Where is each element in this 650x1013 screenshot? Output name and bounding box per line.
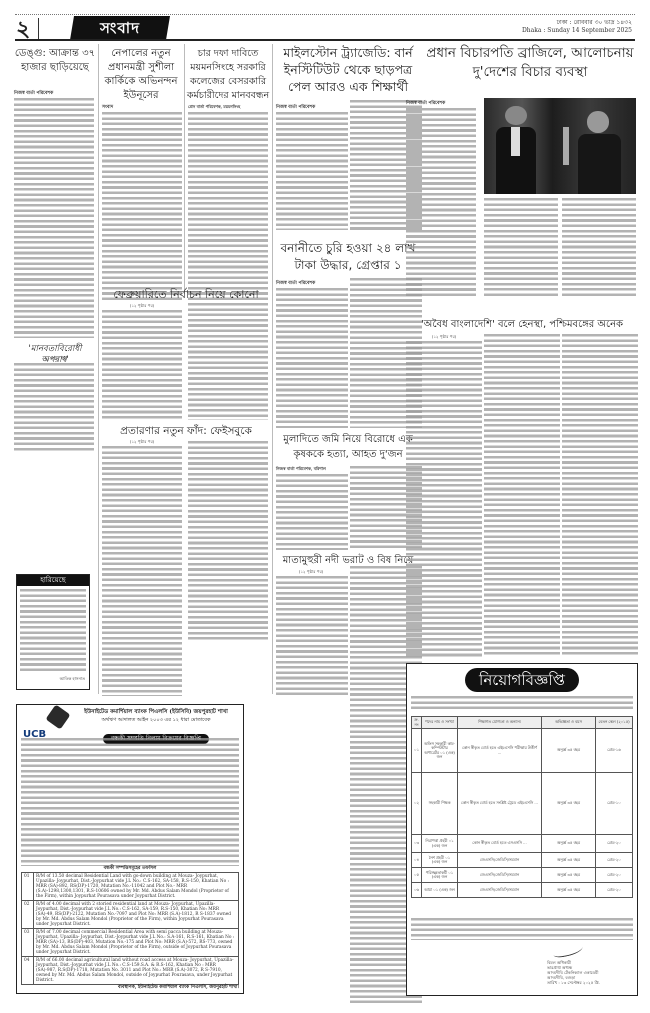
article-body-dengue: [14, 98, 94, 338]
cell-no: ০১: [412, 729, 422, 773]
cell-age: অনূর্ধ্ব ৩৫ বছর: [542, 853, 596, 868]
property-no: 02: [22, 901, 34, 929]
ucb-property-table: 01R/M of 13.50 decimal Residential Land …: [21, 872, 239, 985]
job-notice-signature: বিমল অধিকারী ভারপ্রাপ্ত অধ্যক্ষ আদমদীঘি …: [547, 960, 600, 985]
article-body-chief-justice-2: [484, 198, 558, 298]
job-notice-title-wrap: নিয়োগবিজ্ঞপ্তি: [407, 668, 637, 692]
ucb-auction-notice: UCB ইউনাইটেড কমার্শিয়াল ব্যাংক পিএলসি (…: [16, 704, 244, 994]
date-english: Dhaka : Sunday 14 September 2025: [522, 27, 632, 35]
job-table: ক্র. নং পদের নাম ও সংখ্যা শিক্ষাগত যোগ্য…: [411, 716, 633, 898]
col-post: পদের নাম ও সংখ্যা: [422, 717, 458, 729]
ucb-notice-body: [21, 738, 239, 866]
col-pay-scale: বেতন স্কেল (২০১৫): [596, 717, 633, 729]
continued-matamuhuri: (১২ পৃষ্ঠার পর): [272, 569, 350, 576]
property-no: 04: [22, 957, 34, 985]
lost-notice-title: হারিয়েছে: [17, 575, 89, 586]
page-number-divider: [38, 18, 39, 40]
cell-age: অনূর্ধ্ব ৩৫ বছর: [542, 773, 596, 835]
article-body-banani-1: [276, 288, 348, 428]
property-desc: R/M of 7.00 decimal commercial Residenti…: [34, 929, 239, 957]
masthead-logo: সংবাদ: [70, 16, 170, 40]
job-notice-box: নিয়োগবিজ্ঞপ্তি ক্র. নং পদের নাম ও সংখ্য…: [406, 663, 638, 996]
column-divider: [272, 44, 273, 694]
article-body-muladi-1: [276, 474, 348, 550]
header-dotted-line: [15, 14, 635, 15]
continued-human-rights: (১২ পৃষ্ঠার পর): [14, 356, 96, 363]
cell-post: পরিচ্ছন্নতাকর্মী ০১ (এক) জন: [422, 868, 458, 883]
property-no: 03: [22, 929, 34, 957]
property-desc: R/M of 13.50 decimal Residential Land wi…: [34, 873, 239, 901]
ucb-notice-title: ইউনাইটেড কমার্শিয়াল ব্যাংক পিএলসি (ইউসি…: [71, 709, 241, 717]
job-table-header: ক্র. নং পদের নাম ও সংখ্যা শিক্ষাগত যোগ্য…: [412, 717, 633, 729]
cell-no: ০২: [412, 773, 422, 835]
lost-notice-box: হারিয়েছে আতিক হাসনাত: [16, 574, 90, 690]
article-body-west-bengal-3: [562, 334, 638, 657]
cell-post: আয়া ০১ (এক) জন: [422, 883, 458, 898]
cell-no: ০৫: [412, 868, 422, 883]
article-body-milestone-1: [276, 112, 348, 230]
column-divider: [184, 44, 185, 294]
article-body-february-1: [102, 310, 182, 420]
continued-west-bengal: (১২ পৃষ্ঠার পর): [406, 334, 482, 341]
signer-date: তারিখ : ১৩ সেপ্টেম্বর ২০২৫ খ্রি.: [547, 980, 600, 985]
byline-dengue: নিজস্ব বার্তা পরিবেশক: [14, 90, 53, 97]
ucb-schedule-title: বন্ধকী সম্পত্তিসমূহের তফসিল: [21, 865, 239, 872]
continued-february: (১২ পৃষ্ঠার পর): [100, 303, 184, 310]
cell-post: নৈশ প্রহরী ০১ (এক) জন: [422, 853, 458, 868]
cell-age: অনূর্ধ্ব ৩৫ বছর: [542, 883, 596, 898]
ucb-logo-mark-icon: [45, 704, 70, 729]
article-body-facebook-2: [188, 441, 268, 641]
signature-icon: [552, 943, 583, 959]
headline-banani: বনানীতে চুরি হওয়া ২৪ লাখ টাকা উদ্ধার, গ…: [272, 240, 424, 274]
table-row: ০১অফিস সহকারী কাম-কম্পিউটার অপারেটর ০১ (…: [412, 729, 633, 773]
cell-post: অফিস সহকারী কাম-কম্পিউটার অপারেটর ০১ (এক…: [422, 729, 458, 773]
table-row: ০৫পরিচ্ছন্নতাকর্মী ০১ (এক) জনজেএসসি/জেডি…: [412, 868, 633, 883]
dateline: ঢাকা : রোববার ৩০ ভাদ্র ১৪৩২ Dhaka : Sund…: [522, 19, 632, 35]
headline-milestone: মাইলস্টোন ট্র্যাজেডি: বার্ন ইনস্টিটিউট থ…: [246, 44, 424, 95]
page-number: ২: [16, 18, 30, 40]
headline-nepal: নেপালের নতুন প্রধানমন্ত্রী সুশীলা কার্কি…: [100, 47, 182, 103]
col-qualification: শিক্ষাগত যোগ্যতা ও অন্যান্য: [458, 717, 542, 729]
byline-chief-justice: নিজস্ব বার্তা পরিবেশক: [406, 100, 445, 107]
article-body-chief-justice-3: [562, 198, 636, 298]
byline-banani: নিজস্ব বার্তা পরিবেশক: [276, 280, 315, 287]
cell-age: অনূর্ধ্ব ৩৫ বছর: [542, 835, 596, 853]
ucb-notice-footer: ব্যবস্থাপক, ইউনাইটেড কমার্শিয়াল ব্যাংক …: [118, 984, 239, 991]
cell-no: ০৩: [412, 835, 422, 853]
headline-muladi: মুলাদিতে জমি নিয়ে বিরোধে এক কৃষককে হত্য…: [272, 432, 424, 462]
cell-scale: গ্রেড-২০: [596, 835, 633, 853]
table-row: ০২সহকারী শিক্ষককোন স্বীকৃত বোর্ড হতে সংশ…: [412, 773, 633, 835]
headline-february-election: ফেব্রুয়ারিতে নির্বাচন নিয়ে কোনো: [100, 288, 272, 302]
headline-facebook-scam: প্রতারণার নতুন ফাঁদ: ফেইসবুকে: [100, 424, 272, 438]
cell-scale: গ্রেড-১০: [596, 773, 633, 835]
cell-age: অনূর্ধ্ব ৩৫ বছর: [542, 729, 596, 773]
headline-milestone-text: মাইলস্টোন ট্র্যাজেডি: বার্ন ইনস্টিটিউট থ…: [246, 44, 422, 95]
cell-no: ০৪: [412, 853, 422, 868]
continued-facebook: (১২ পৃষ্ঠার পর): [100, 439, 184, 446]
property-no: 01: [22, 873, 34, 901]
table-row: 01R/M of 13.50 decimal Residential Land …: [22, 873, 239, 901]
news-photo-chief-justice: [484, 98, 636, 194]
job-notice-intro: [411, 696, 633, 712]
table-row: 03R/M of 7.00 decimal commercial Residen…: [22, 929, 239, 957]
cell-qual: জেএসসি/জেডিসি/সমমান: [458, 868, 542, 883]
byline-mymensingh: প্রেস বার্তা পরিবেশক, ময়মনসিংহ: [188, 104, 240, 111]
col-experience-age: অভিজ্ঞতা ও বয়স: [542, 717, 596, 729]
article-body-nepal: [102, 112, 182, 302]
headline-west-bengal: 'অবৈধ বাংলাদেশি' বলে হেনস্থা, পশ্চিমবঙ্গ…: [406, 318, 638, 332]
byline-milestone: নিজস্ব বার্তা পরিবেশক: [276, 104, 315, 111]
article-body-chief-justice-1: [406, 108, 476, 298]
article-body-facebook-1: [102, 446, 182, 696]
column-divider: [98, 44, 99, 694]
cell-qual: কোন স্বীকৃত বোর্ড হতে সংশ্লিষ্ট ট্রেডে এ…: [458, 773, 542, 835]
cell-scale: গ্রেড-২০: [596, 868, 633, 883]
col-serial: ক্র. নং: [412, 717, 422, 729]
lost-notice-body: [20, 589, 86, 673]
headline-dengue: ডেঙ্গু: আক্রান্ত ৩৭ হাজার ছাড়িয়েছে: [14, 47, 96, 75]
article-body-matamuhuri-1: [276, 576, 348, 696]
ucb-notice-subtitle: অর্থঋণ আদালত আইন ২০০৩ এর ১২ ধারা মোতাবেক: [71, 717, 241, 725]
cell-scale: গ্রেড-১৬: [596, 729, 633, 773]
cell-qual: জেএসসি/জেডিসি/সমমান: [458, 883, 542, 898]
headline-chief-justice: প্রধান বিচারপতি ব্রাজিলে, আলোচনায় দু'দে…: [424, 44, 636, 82]
byline-nepal: সংবাদ: [102, 104, 113, 111]
table-row: ০৬আয়া ০১ (এক) জনজেএসসি/জেডিসি/সমমানঅনূর…: [412, 883, 633, 898]
article-body-west-bengal-1: [406, 341, 482, 657]
article-body-west-bengal-2: [484, 334, 560, 657]
article-body-february-2: [188, 303, 268, 420]
cell-post: নিরাপত্তা প্রহরী ০১ (এক) জন: [422, 835, 458, 853]
lost-notice-signer: আতিক হাসনাত: [60, 676, 85, 683]
article-body-human-rights: [14, 363, 94, 453]
cell-qual: কোন স্বীকৃত বোর্ড হতে এইচএসসি পরীক্ষায় …: [458, 729, 542, 773]
table-row: ০৪নৈশ প্রহরী ০১ (এক) জনজেএসসি/জেডিসি/সমম…: [412, 853, 633, 868]
date-bengali: ঢাকা : রোববার ৩০ ভাদ্র ১৪৩২: [522, 19, 632, 27]
cell-qual: জেএসসি/জেডিসি/সমমান: [458, 853, 542, 868]
property-desc: R/M of 66.00 decimal agricultural land w…: [34, 957, 239, 985]
cell-qual: কোন স্বীকৃত বোর্ড হতে এসএসসি ...: [458, 835, 542, 853]
property-desc: R/M of 4.00 decimal with 2 storied resid…: [34, 901, 239, 929]
cell-no: ০৬: [412, 883, 422, 898]
byline-muladi: নিজস্ব বার্তা পরিবেশক, বরিশাল: [276, 466, 326, 473]
cell-scale: গ্রেড-২০: [596, 883, 633, 898]
cell-age: অনূর্ধ্ব ৩৫ বছর: [542, 868, 596, 883]
job-notice-instructions: [411, 918, 633, 940]
cell-scale: গ্রেড-২০: [596, 853, 633, 868]
table-row: 04R/M of 66.00 decimal agricultural land…: [22, 957, 239, 985]
cell-post: সহকারী শিক্ষক: [422, 773, 458, 835]
article-body-mymensingh: [188, 112, 268, 302]
table-row: 02R/M of 4.00 decimal with 2 storied res…: [22, 901, 239, 929]
table-row: ০৩নিরাপত্তা প্রহরী ০১ (এক) জনকোন স্বীকৃত…: [412, 835, 633, 853]
job-notice-title: নিয়োগবিজ্ঞপ্তি: [465, 668, 579, 692]
header-rule: [15, 39, 635, 41]
